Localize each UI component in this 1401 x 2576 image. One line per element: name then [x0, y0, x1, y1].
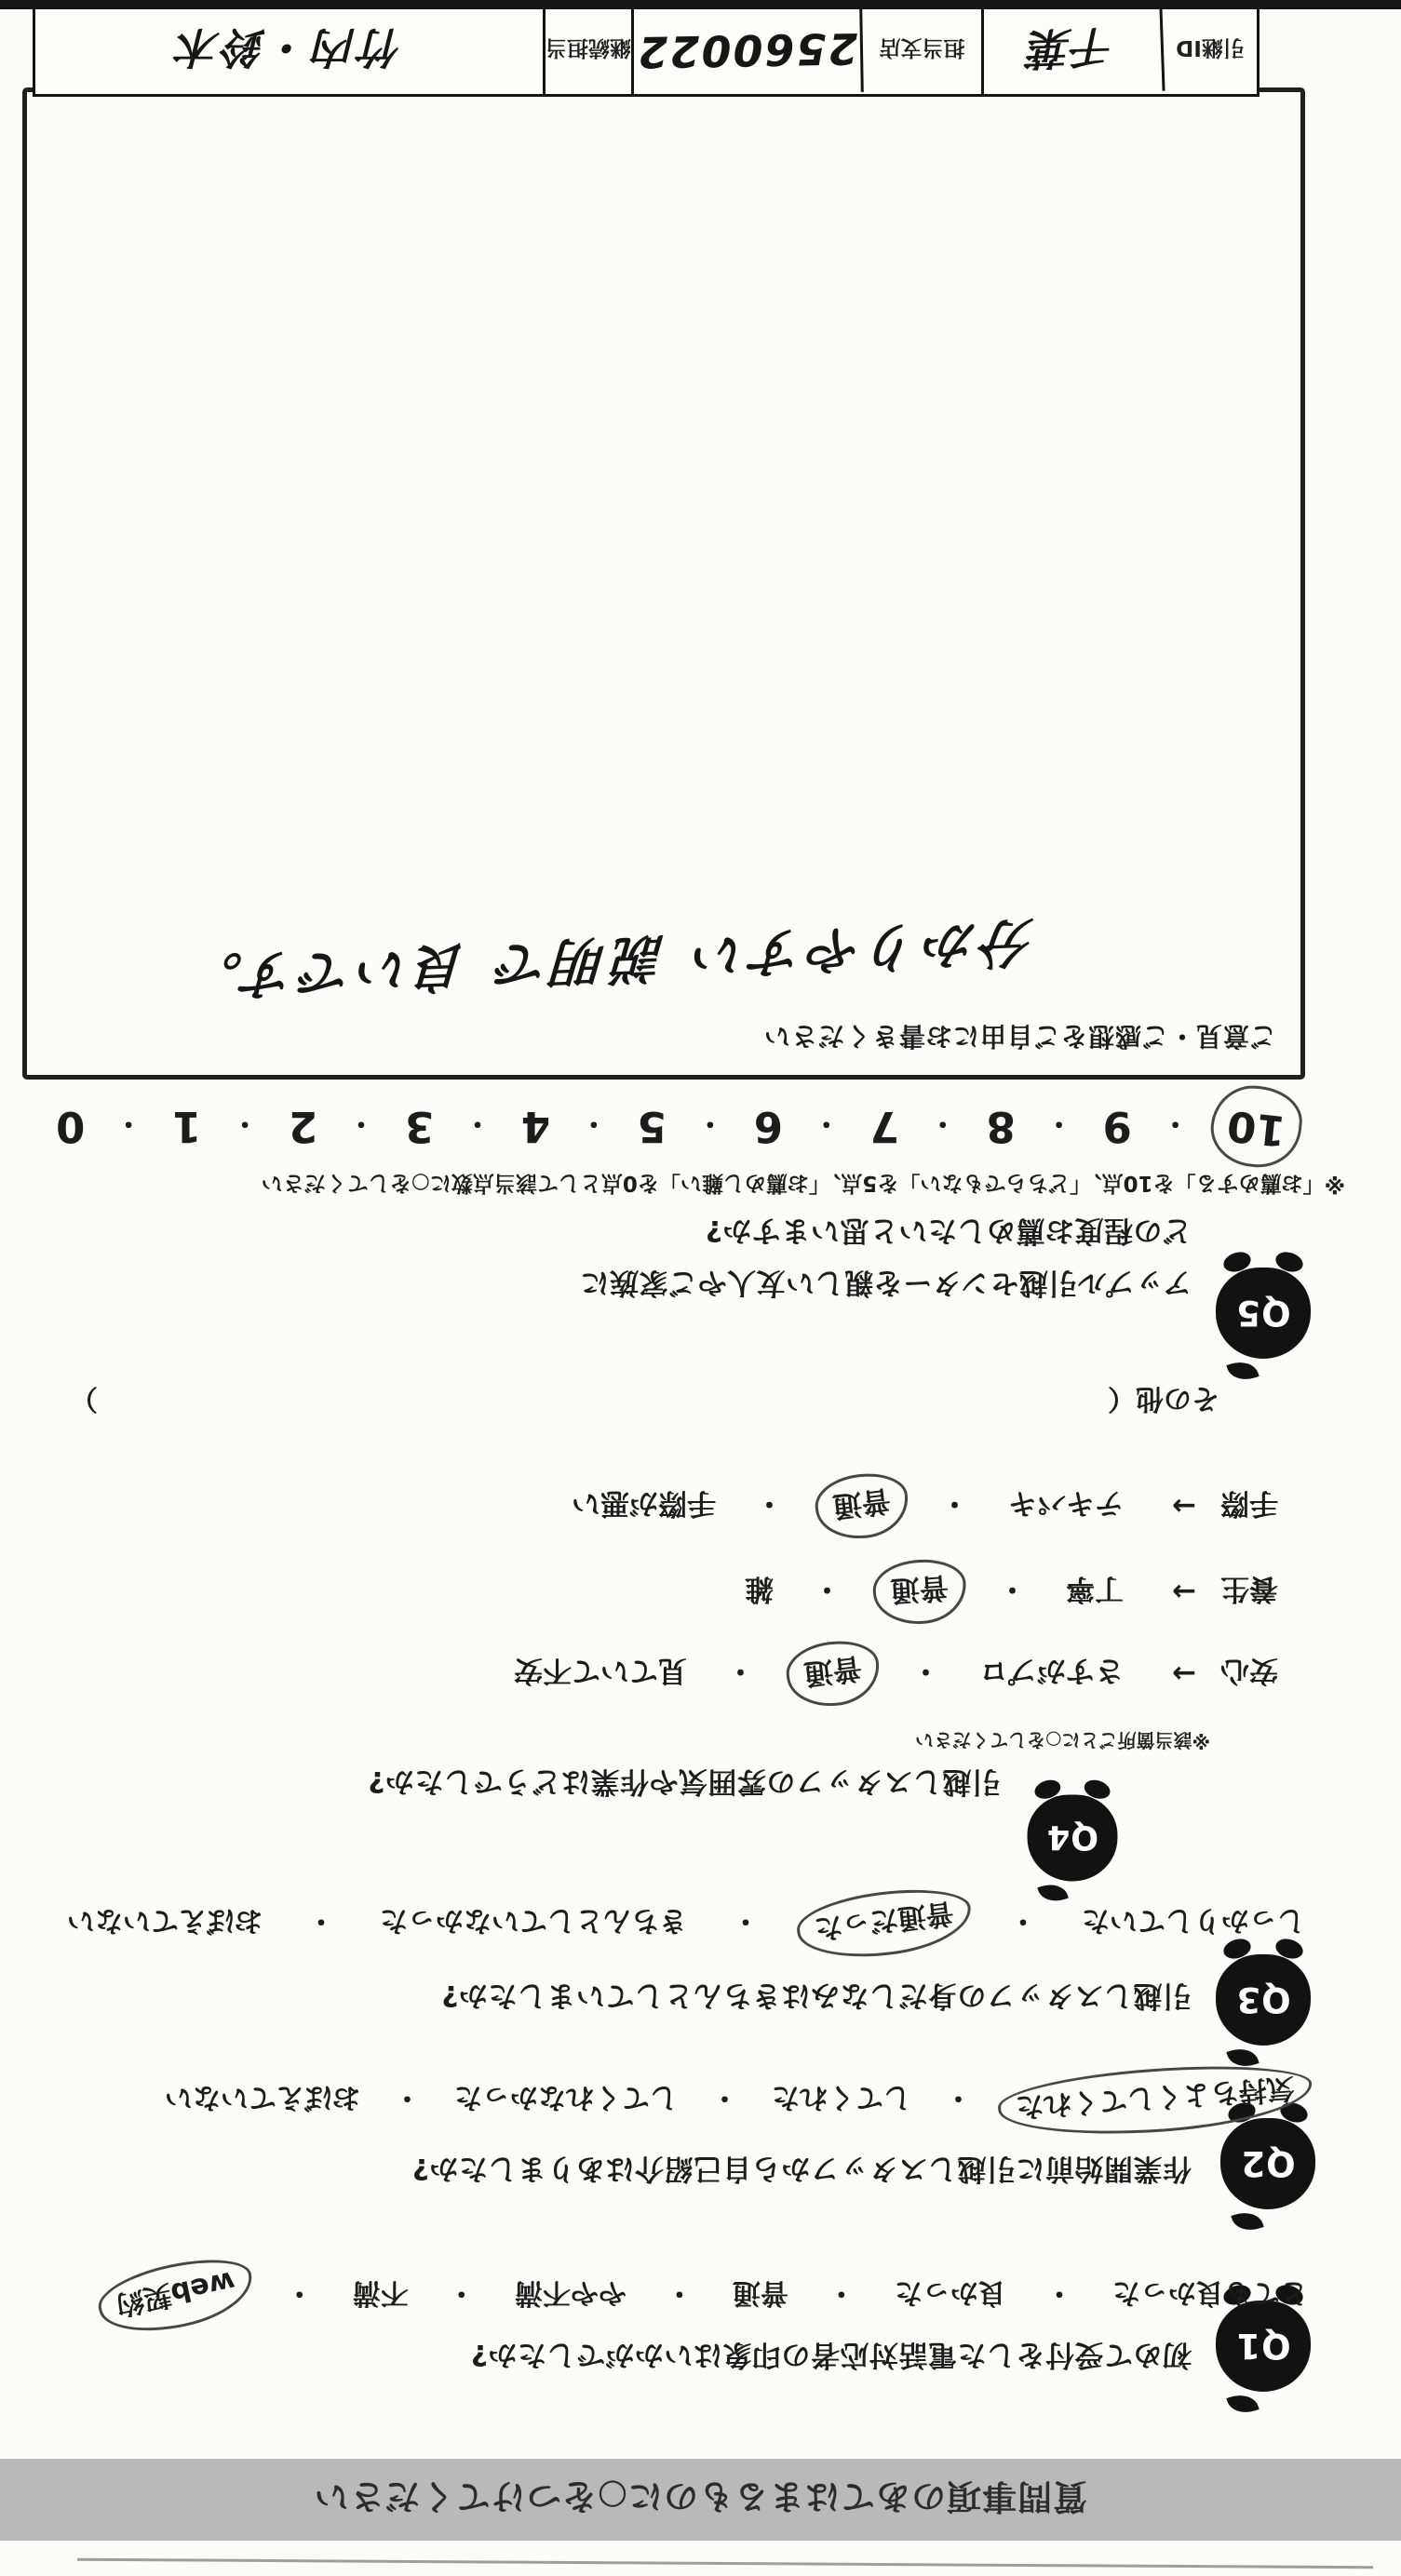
q5-question-line1: アップル引越センターを親しい友人やご家族に [580, 1265, 1192, 1307]
paper-rotated-180: 質問事項のあてはまるものに○をつけてください Q1 初めて受付をした電話対応者の… [0, 0, 1401, 2576]
q5-score: 10 [1225, 1101, 1288, 1156]
q4-anshin-selected-circle: 普通 [783, 1636, 883, 1711]
q3-badge: Q3 [1235, 1980, 1290, 2020]
q4-row-option: 丁寧 [1066, 1571, 1124, 1613]
option-separator: ・ [755, 1485, 784, 1527]
q5-mascot-icon: Q5 [1214, 1247, 1313, 1379]
option-separator: ・ [666, 2275, 694, 2316]
q5-score-scale: 10 ・ 9 ・ 8 ・ 7 ・ 6 ・ 5 ・ 4 ・ 3 ・ 2 ・ 1 ・… [56, 1097, 1294, 1156]
q1-option: web契約 [113, 2264, 237, 2321]
scanned-survey-sheet: 質問事項のあてはまるものに○をつけてください Q1 初めて受付をした電話対応者の… [0, 0, 1401, 2576]
q5-score: 7 [870, 1102, 899, 1151]
q4-row-option: さすがプロ [979, 1653, 1124, 1695]
q5-score: 2 [289, 1102, 317, 1151]
option-separator: ・ [286, 2275, 314, 2316]
q1-selected-option-circle: web契約 [93, 2248, 259, 2342]
q5-score: 6 [754, 1102, 783, 1151]
survey-title-bar: 質問事項のあてはまるものに○をつけてください [0, 2459, 1401, 2541]
q3-option: 普通だった [813, 1896, 955, 1945]
mascot-leaf-icon [1226, 1357, 1259, 1385]
option-separator: ・ [448, 2275, 476, 2316]
option-separator: ・ [394, 2080, 422, 2121]
q1-option: 良かった [895, 2275, 1006, 2316]
option-separator: ・ [911, 1653, 940, 1695]
q4-row-option: 普通 [890, 1570, 950, 1607]
q4-other-label: その他（ [1108, 1381, 1219, 1422]
q3-option: しっかりしていた [1082, 1903, 1305, 1944]
q5-selected-score-circle: 10 [1207, 1081, 1305, 1172]
mascot-leaf-icon [1231, 2207, 1263, 2235]
mascot-body-icon: Q2 [1220, 2118, 1315, 2209]
q1-question-text: 初めて受付をした電話対応者の印象はいかがでしたか? [471, 2337, 1192, 2379]
comment-box-label: ご意見・ご感想をご自由にお書きください [763, 1019, 1276, 1056]
q3-selected-option-circle: 普通だった [794, 1882, 976, 1966]
q1-option: やや不満 [515, 2275, 626, 2316]
option-separator: ・ [1009, 1903, 1037, 1944]
option-separator: ・ [711, 2080, 739, 2121]
scale-separator: ・ [347, 1107, 375, 1147]
q3-question-text: 引越しスタッフの身だしなみはきちんとしていましたか? [441, 1978, 1192, 2019]
q4-row-label: 養生 [1220, 1571, 1278, 1613]
q5-score: 4 [521, 1102, 550, 1151]
q4-question-text: 引越しスタッフの雰囲気や作業はどうでしたか? [368, 1764, 1001, 1805]
scale-separator: ・ [1162, 1107, 1190, 1147]
mascot-body-icon: Q4 [1028, 1794, 1118, 1881]
q2-question-text: 作業開始前に引越しスタッフから自己紹介はありましたか? [412, 2151, 1192, 2193]
handwritten-comment: 分かりやすい 説明で 良いです。 [182, 907, 1036, 1019]
arrow-right-icon: → [1172, 1576, 1196, 1609]
q4-row-option: 普通 [802, 1650, 864, 1690]
branch-label: 担当支店 [863, 7, 984, 94]
q5-score: 1 [172, 1102, 201, 1151]
option-separator: ・ [998, 1571, 1027, 1613]
option-separator: ・ [945, 2080, 973, 2121]
q4-row-option: 普通 [831, 1483, 893, 1523]
q5-score: 9 [1102, 1102, 1131, 1151]
q4-row-option: 雑 [745, 1571, 774, 1613]
q1-option: 普通 [733, 2275, 788, 2316]
q2-badge: Q2 [1240, 2144, 1295, 2184]
q1-badge: Q1 [1235, 2327, 1290, 2367]
q4-row-tegiwa: 手際 → テキパキ ・ 普通 ・ 手際が悪い [572, 1483, 1278, 1530]
scale-separator: ・ [115, 1107, 142, 1147]
q5-question-line2: どの程度お薦めしたいと思いますか? [706, 1213, 1192, 1254]
continuing-staff-label: 継続担当 [546, 7, 634, 94]
survey-title-text: 質問事項のあてはまるものに○をつけてください [314, 2475, 1087, 2525]
handover-id-label: 引継ID [1164, 7, 1257, 94]
q5-score: 5 [638, 1102, 667, 1151]
q4-row-option: テキパキ [1008, 1485, 1124, 1527]
q2-option: おぼえていない [165, 2080, 360, 2121]
q3-option: おぼえていない [67, 1903, 263, 1944]
q5-score: 0 [56, 1102, 85, 1151]
option-separator: ・ [1045, 2275, 1073, 2316]
q1-options-row: とても良かった ・ 良かった ・ 普通 ・ やや不満 ・ 不満 ・ web契約 [105, 2273, 1308, 2319]
q4-mascot-icon: Q4 [1026, 1776, 1120, 1901]
continuing-staff-value-handwritten: 竹内・鈴木 [35, 7, 546, 94]
option-separator: ・ [732, 1903, 760, 1944]
branch-value-handwritten: 2560022 [633, 5, 864, 96]
option-separator: ・ [828, 2275, 855, 2316]
scale-separator: ・ [813, 1107, 841, 1147]
q2-options-row: 気持ちよくしてくれた ・ してくれた ・ してくれなかった ・ おぼえていない [165, 2077, 1305, 2124]
scale-separator: ・ [580, 1107, 608, 1147]
q4-tegiwa-selected-circle: 普通 [812, 1469, 912, 1544]
option-separator: ・ [813, 1571, 842, 1613]
scale-separator: ・ [464, 1107, 492, 1147]
q2-option: してくれた [772, 2080, 911, 2121]
q3-mascot-icon: Q3 [1214, 1934, 1313, 2066]
q3-option: きちんとしていなかった [380, 1903, 687, 1944]
scan-edge-artifact-bottom [0, 0, 1401, 9]
q5-score: 8 [987, 1102, 1016, 1151]
scale-separator: ・ [696, 1107, 724, 1147]
option-separator: ・ [726, 1653, 755, 1695]
q5-badge: Q5 [1235, 1294, 1290, 1334]
handover-id-value-handwritten: 千葉 [982, 4, 1165, 98]
q1-option: とても良かった [1112, 2275, 1308, 2316]
mascot-leaf-icon [1226, 2390, 1259, 2418]
q4-note-text: ※該当箇所ごとに○をしてください [915, 1728, 1210, 1755]
q3-options-row: しっかりしていた ・ 普通だった ・ きちんとしていなかった ・ おぼえていない [67, 1900, 1305, 1947]
q4-row-option: 手際が悪い [572, 1485, 716, 1527]
scale-separator: ・ [929, 1107, 957, 1147]
q4-other-row: その他（ ） [70, 1381, 1219, 1422]
q4-row-option: 見ていて不安 [514, 1653, 687, 1695]
q4-row-yojo: 養生 → 丁寧 ・ 普通 ・ 雑 [745, 1568, 1278, 1616]
q4-other-close-paren: ） [70, 1381, 98, 1422]
arrow-right-icon: → [1172, 1657, 1196, 1691]
footer-staff-table: 引継ID 千葉 担当支店 2560022 継続担当 竹内・鈴木 [33, 4, 1260, 97]
arrow-right-icon: → [1172, 1490, 1196, 1523]
comment-box: ご意見・ご感想をご自由にお書きください 分かりやすい 説明で 良いです。 [22, 87, 1305, 1080]
scan-edge-artifact-top [77, 2558, 1373, 2569]
q2-option: 気持ちよくしてくれた [1015, 2072, 1296, 2124]
q5-note-text: ※「お薦めする」を10点、「どちらでもない」を5点、「お薦めし難い」を0点として… [262, 1170, 1345, 1201]
scale-separator: ・ [231, 1107, 259, 1147]
option-separator: ・ [307, 1903, 335, 1944]
q4-yojo-selected-circle: 普通 [871, 1557, 969, 1628]
q4-row-label: 手際 [1220, 1485, 1278, 1527]
mascot-body-icon: Q5 [1216, 1268, 1311, 1359]
q4-badge: Q4 [1046, 1819, 1098, 1858]
q4-row-label: 安心 [1220, 1653, 1278, 1695]
q1-option: 不満 [353, 2275, 409, 2316]
q5-score: 3 [405, 1102, 434, 1151]
q4-row-anshin: 安心 → さすがプロ ・ 普通 ・ 見ていて不安 [514, 1650, 1278, 1697]
mascot-body-icon: Q3 [1216, 1954, 1311, 2046]
q2-option: してくれなかった [454, 2080, 678, 2121]
option-separator: ・ [940, 1485, 969, 1527]
scale-separator: ・ [1045, 1107, 1073, 1147]
